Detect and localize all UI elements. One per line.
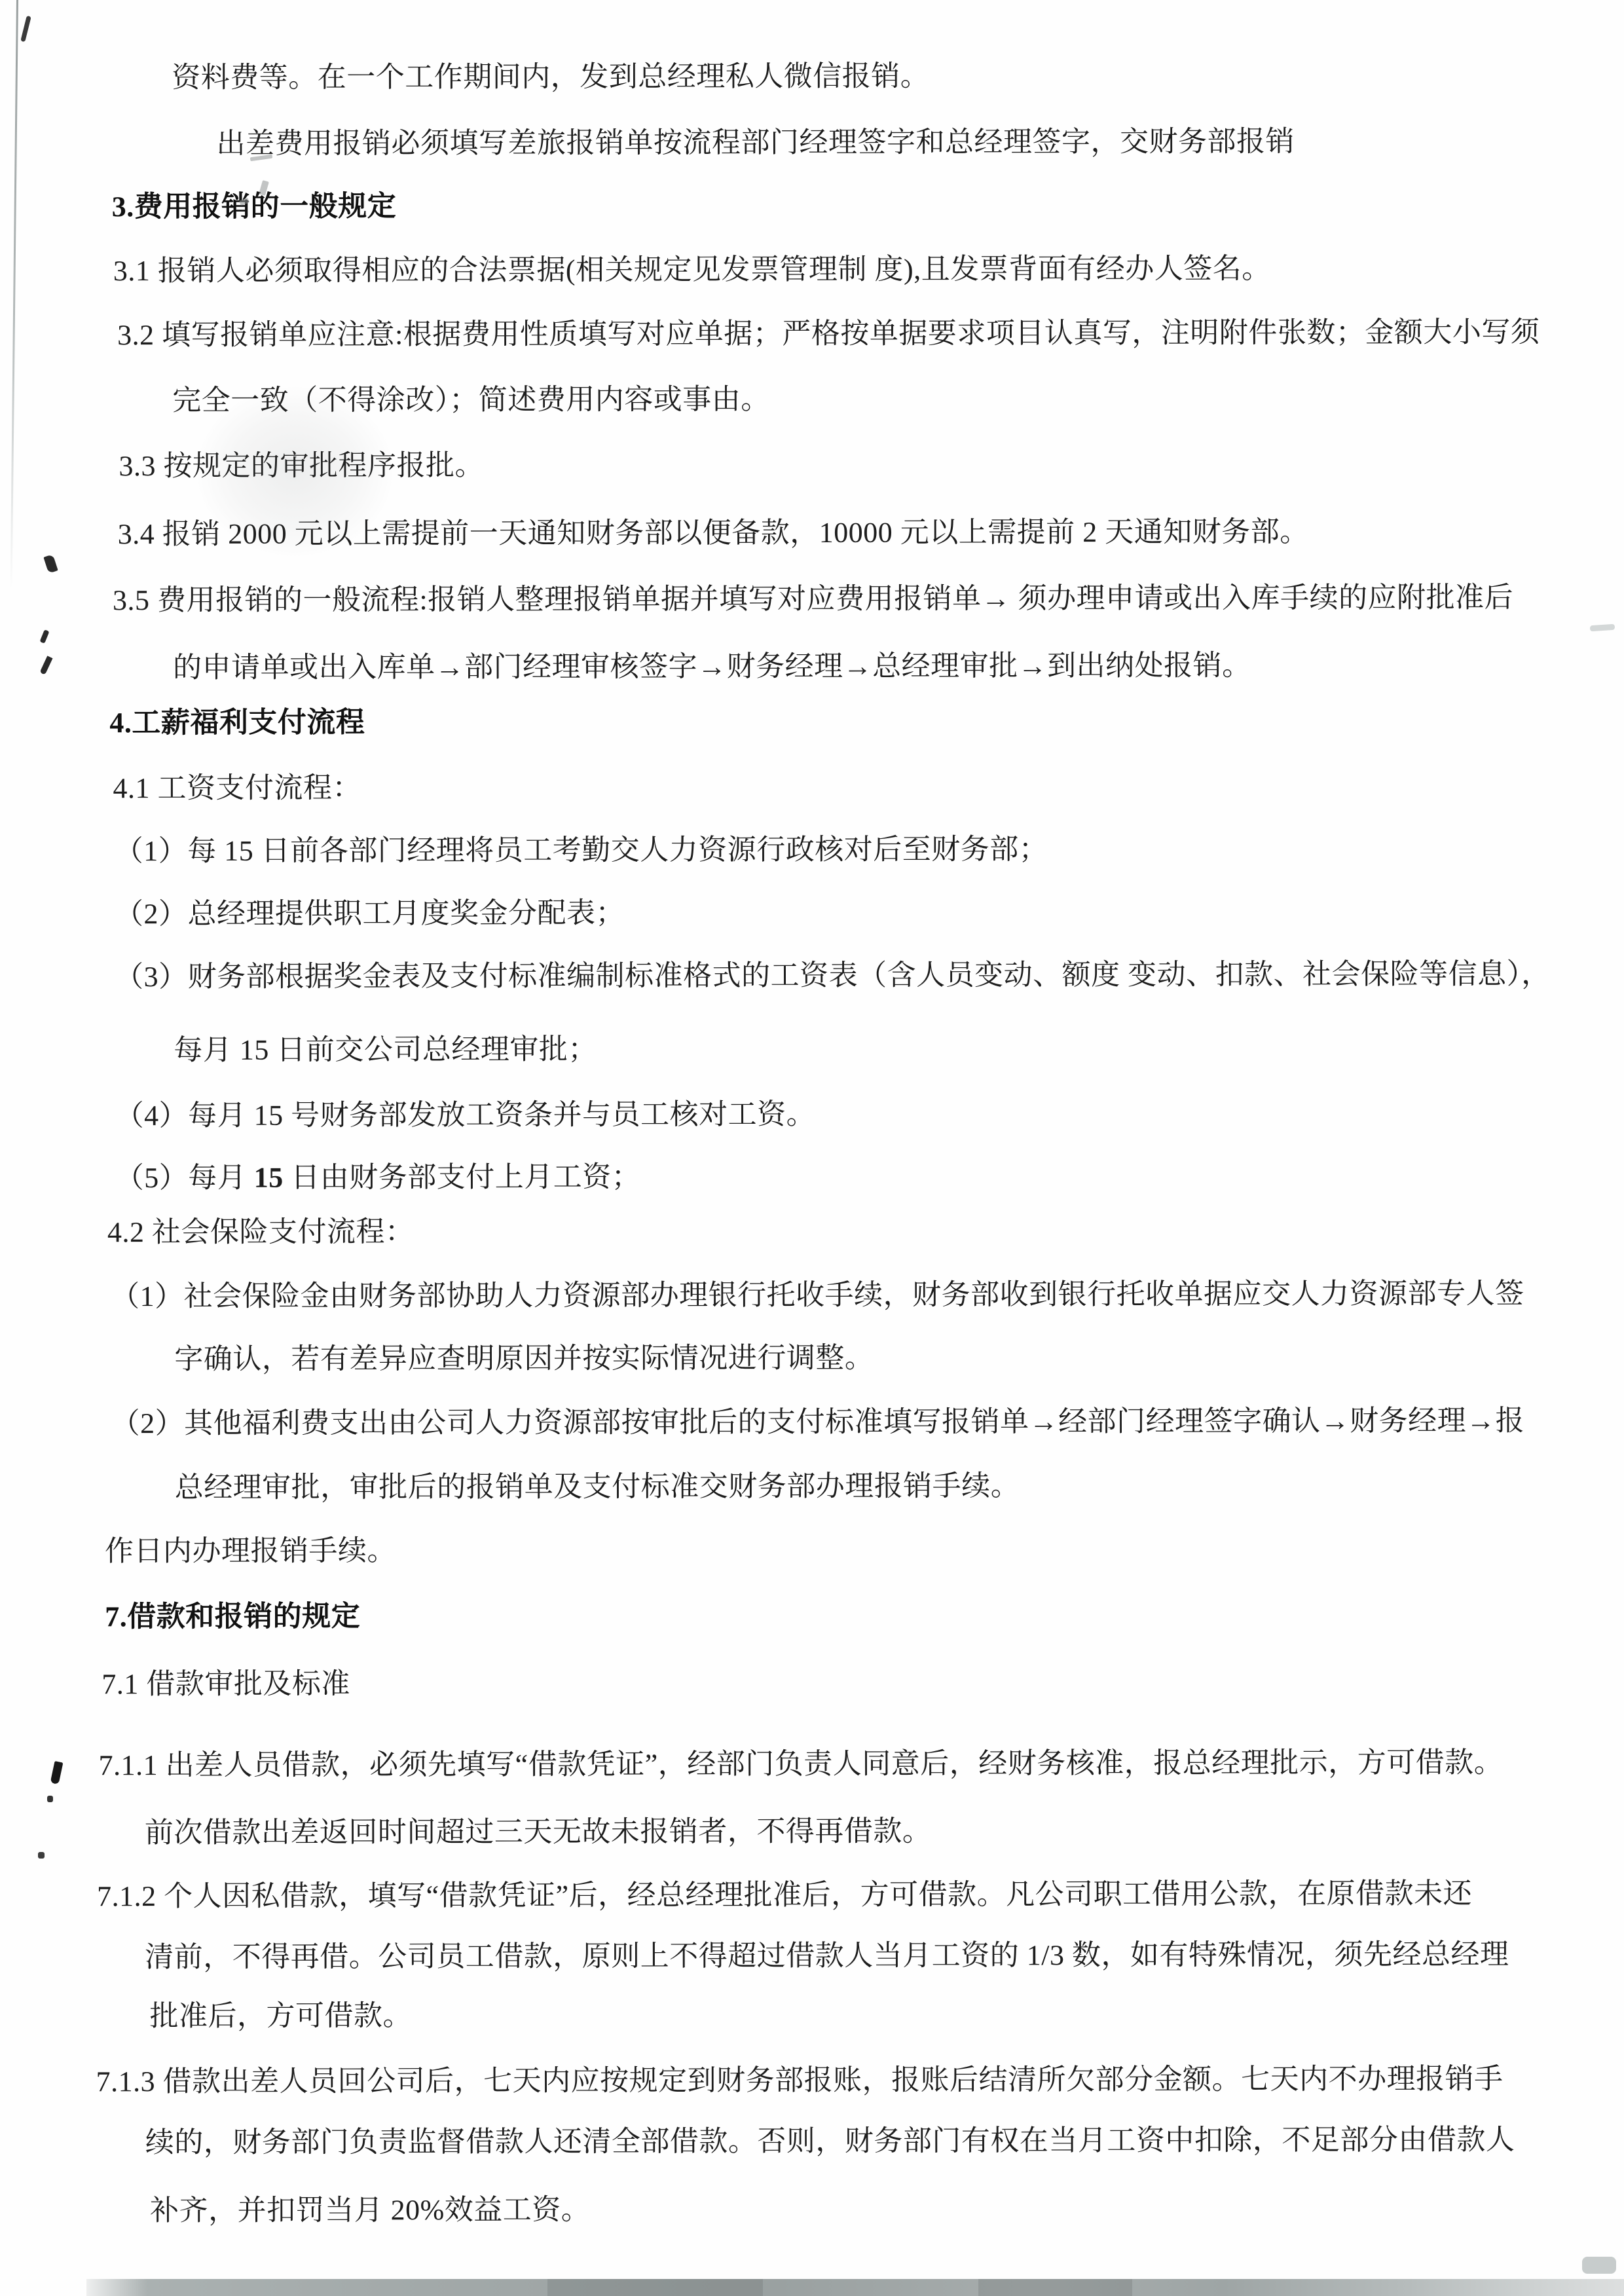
line-3-1: 3.1 报销人必须取得相应的合法票据(相关规定见发票管理制 度),且发票背面有经… [113,255,1271,286]
line-7-1-2c: 批准后，方可借款。 [149,2001,412,2031]
line-3-5a: 3.5 费用报销的一般流程:报销人整理报销单据并填写对应费用报销单→ 须办理申请… [113,583,1513,615]
margin-mark [47,1796,53,1802]
scan-corner-blob [1582,2257,1616,2274]
heading-3: 3.费用报销的一般规定 [112,192,397,221]
line-4-1-i5-bold: 15 [254,1162,284,1194]
line-7-1-3b: 续的，财务部门负责监督借款人还清全部借款。否则，财务部门有权在当月工资中扣除，不… [145,2126,1515,2157]
line-4-2-i1b: 字确认，若有差异应查明原因并按实际情况进行调整。 [174,1344,874,1374]
scanned-document-page: 资料费等。在一个工作期间内，发到总经理私人微信报销。 出差费用报销必须填写差旅报… [0,0,1624,2296]
margin-mark [38,1852,45,1859]
line-4-1-i5-pre: （5）每月 [115,1162,254,1194]
bottom-scan-band [86,2279,1624,2296]
line-7-1-3a: 7.1.3 借款出差人员回公司后，七天内应按规定到财务部报账，报账后结清所欠部分… [96,2065,1504,2097]
line-7-1-2a: 7.1.2 个人因私借款，填写“借款凭证”后，经总经理批准后，方可借款。凡公司职… [97,1879,1472,1911]
line-4-1-i5: （5）每月 15 日由财务部支付上月工资； [115,1163,641,1193]
line-p2: 出差费用报销必须填写差旅报销单按流程部门经理签字和总经理签字，交财务部报销 [216,127,1295,158]
line-7-1-3c: 补齐，并扣罚当月 20%效益工资。 [150,2196,590,2225]
line-orphan: 作日内办理报销手续。 [105,1536,396,1566]
document-text-layer: 资料费等。在一个工作期间内，发到总经理私人微信报销。 出差费用报销必须填写差旅报… [0,0,1624,2296]
line-7-1-1b: 前次借款出差返回时间超过三天无故未报销者，不得再借款。 [145,1817,932,1848]
line-4-1-i3b: 每月 15 日前交公司总经理审批； [174,1035,597,1065]
line-4-1: 4.1 工资支付流程： [113,773,361,803]
line-4-1-i4: （4）每月 15 号财务部发放工资条并与员工核对工资。 [115,1100,816,1130]
line-4-2-i2b: 总经理审批，审批后的报销单及支付标准交财务部办理报销手续。 [175,1472,1020,1502]
line-4-1-i2: （2）总经理提供职工月度奖金分配表； [115,899,625,929]
heading-7: 7.借款和报销的规定 [105,1602,360,1631]
line-7-1: 7.1 借款审批及标准 [101,1669,350,1699]
line-4-1-i1: （1）每 15 日前各部门经理将员工考勤交人力资源行政核对后至财务部； [115,835,1048,866]
line-4-2: 4.2 社会保险支付流程： [107,1217,415,1247]
heading-4: 4.工薪福利支付流程 [109,708,365,737]
line-4-2-i1a: （1）社会保险金由财务部协助人力资源部办理银行托收手续，财务部收到银行托收单据应… [111,1280,1524,1312]
line-3-5b: 的申请单或出入库单→部门经理审核签字→财务经理→总经理审批→到出纳处报销。 [173,652,1251,682]
line-7-1-2b: 清前，不得再借。公司员工借款，原则上不得超过借款人当月工资的 1/3 数，如有特… [145,1940,1509,1972]
line-p1: 资料费等。在一个工作期间内，发到总经理私人微信报销。 [172,62,929,92]
line-3-2a: 3.2 填写报销单应注意:根据费用性质填写对应单据；严格按单据要求项目认真写，注… [117,318,1540,350]
line-7-1-1a: 7.1.1 出差人员借款，必须先填写“借款凭证”，经部门负责人同意后，经财务核准… [99,1749,1504,1780]
line-4-1-i5-post: 日由财务部支付上月工资； [284,1161,641,1194]
line-4-1-i3a: （3）财务部根据奖金表及支付标准编制标准格式的工资表（含人员变动、额度 变动、扣… [115,960,1551,992]
scan-smudge [196,386,393,557]
bottom-scan-band-segment [547,2279,763,2296]
bottom-scan-band-segment [978,2279,1132,2296]
line-4-2-i2a: （2）其他福利费支出由公司人力资源部按审批后的支付标准填写报销单→经部门经理签字… [111,1407,1525,1439]
